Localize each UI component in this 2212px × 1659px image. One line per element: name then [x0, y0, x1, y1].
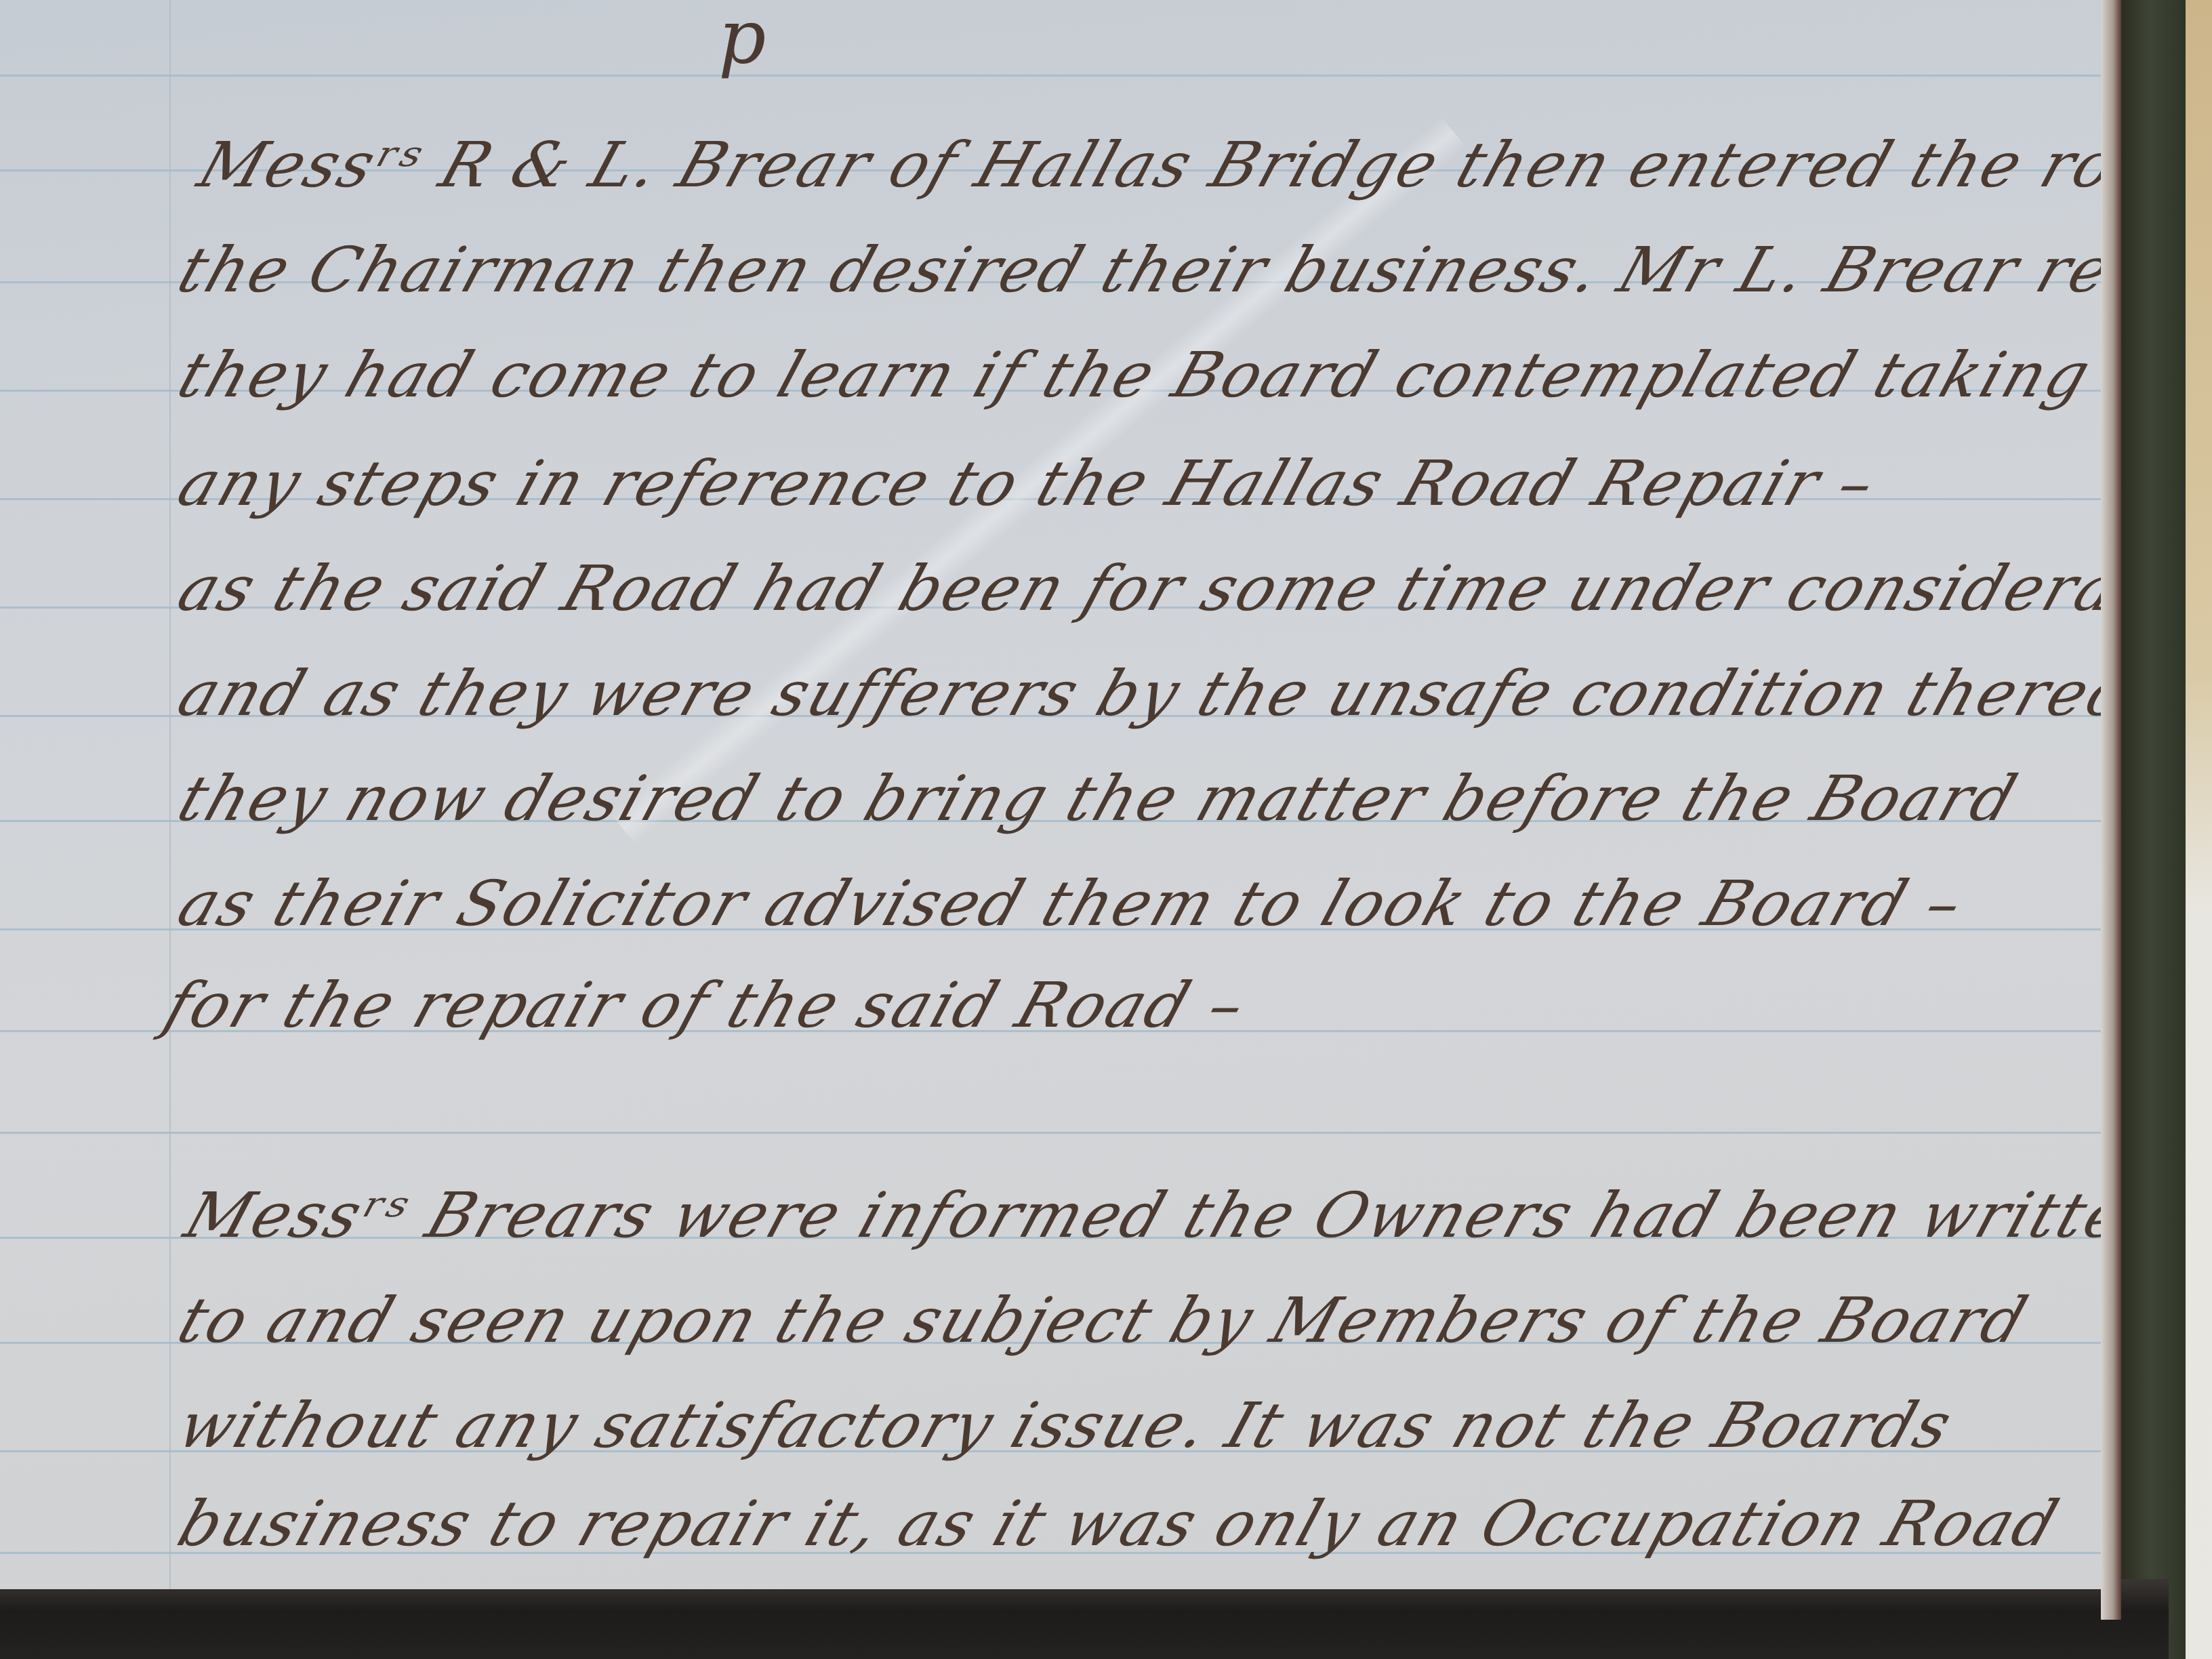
text-line: as their Solicitor advised them to look …: [169, 867, 1973, 940]
text-line: as the said Road had been for some time …: [169, 552, 2108, 625]
page-marker: p: [718, 0, 766, 80]
text-line: for the repair of the said Road –: [156, 969, 1256, 1042]
rule-line: [0, 1132, 2108, 1134]
text-line: and as they were sufferers by the unsafe…: [169, 657, 2108, 730]
text-line: business to repair it, as it was only an…: [169, 1488, 2068, 1560]
photo-scene: p Messʳˢ R & L. Brear of Hallas Bridge t…: [0, 0, 2212, 1659]
text-line: without any satisfactory issue. It was n…: [169, 1389, 1962, 1462]
rule-line: [0, 75, 2108, 77]
page-edge: [2101, 0, 2121, 1620]
ledger-page: p Messʳˢ R & L. Brear of Hallas Bridge t…: [0, 0, 2108, 1589]
text-line: to and seen upon the subject by Members …: [169, 1284, 2037, 1357]
text-line: the Chairman then desired their business…: [169, 234, 2108, 306]
text-line: they now desired to bring the matter bef…: [169, 762, 2027, 835]
book-bottom-edge: [0, 1579, 2169, 1659]
text-line: Messʳˢ R & L. Brear of Hallas Bridge the…: [190, 129, 2108, 201]
text-line: they had come to learn if the Board cont…: [169, 339, 2101, 411]
text-line: Messʳˢ Brears were informed the Owners h…: [176, 1179, 2108, 1252]
text-line: any steps in reference to the Hallas Roa…: [169, 447, 1885, 520]
